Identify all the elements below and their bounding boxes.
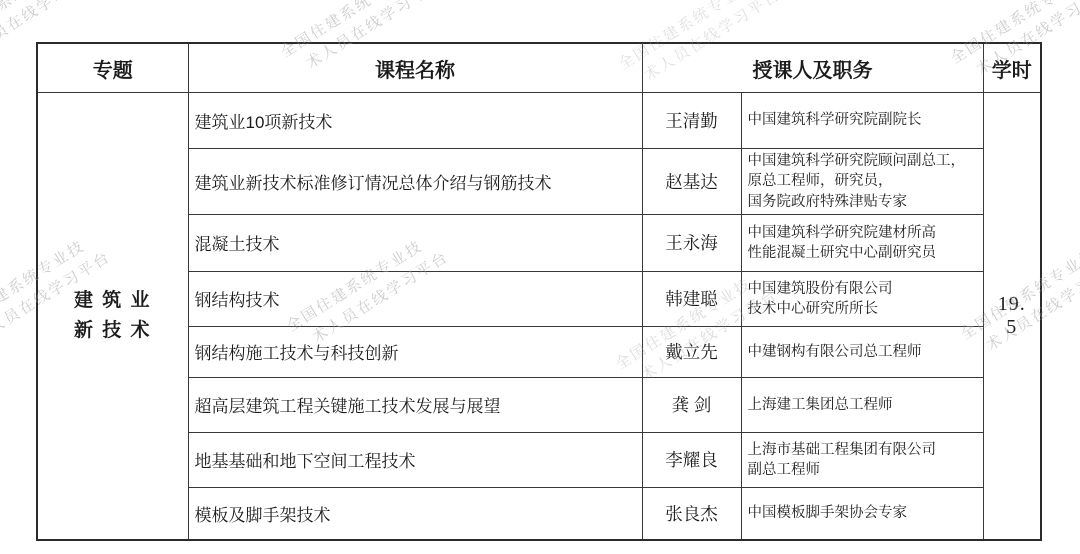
lecturer-name-cell: 王清勤 <box>642 93 741 149</box>
table-row: 建 筑 业 新 技 术 建筑业10项新技术 王清勤 中国建筑科学研究院副院长 1… <box>37 93 1041 149</box>
lecturer-title-cell: 中国建筑科学研究院副院长 <box>741 93 983 149</box>
header-lecturer: 授课人及职务 <box>642 43 983 93</box>
table-row: 地基基础和地下空间工程技术 李耀良 上海市基础工程集团有限公司 副总工程师 <box>37 432 1041 487</box>
lecturer-name-cell: 赵基达 <box>642 149 741 215</box>
topic-cell: 建 筑 业 新 技 术 <box>37 93 188 541</box>
course-cell: 地基基础和地下空间工程技术 <box>188 432 642 487</box>
lecturer-title-cell: 中国模板脚手架协会专家 <box>741 487 983 540</box>
course-cell: 混凝土技术 <box>188 214 642 271</box>
course-cell: 建筑业新技术标准修订情况总体介绍与钢筋技术 <box>188 149 642 215</box>
course-cell: 超高层建筑工程关键施工技术发展与展望 <box>188 377 642 432</box>
total-hours-cell: 19. 5 <box>983 93 1041 541</box>
lecturer-name-cell: 张良杰 <box>642 487 741 540</box>
course-cell: 钢结构技术 <box>188 271 642 326</box>
table-row: 混凝土技术 王永海 中国建筑科学研究院建材所高 性能混凝土研究中心副研究员 <box>37 214 1041 271</box>
lecturer-title-cell: 中国建筑科学研究院顾问副总工， 原总工程师，研究员， 国务院政府特殊津贴专家 <box>741 149 983 215</box>
course-schedule-table: 专题 课程名称 授课人及职务 学时 建 筑 业 新 技 术 建筑业10项新技术 … <box>36 42 1042 541</box>
lecturer-title-cell: 中建钢构有限公司总工程师 <box>741 326 983 377</box>
table-row: 模板及脚手架技术 张良杰 中国模板脚手架协会专家 <box>37 487 1041 540</box>
course-cell: 钢结构施工技术与科技创新 <box>188 326 642 377</box>
lecturer-title-cell: 上海市基础工程集团有限公司 副总工程师 <box>741 432 983 487</box>
header-row: 专题 课程名称 授课人及职务 学时 <box>37 43 1041 93</box>
lecturer-name-cell: 李耀良 <box>642 432 741 487</box>
lecturer-name-cell: 戴立先 <box>642 326 741 377</box>
lecturer-name-cell: 王永海 <box>642 214 741 271</box>
lecturer-title-cell: 中国建筑科学研究院建材所高 性能混凝土研究中心副研究员 <box>741 214 983 271</box>
header-hours: 学时 <box>983 43 1041 93</box>
course-cell: 模板及脚手架技术 <box>188 487 642 540</box>
header-topic: 专题 <box>37 43 188 93</box>
lecturer-title-cell: 中国建筑股份有限公司 技术中心研究所所长 <box>741 271 983 326</box>
table-row: 超高层建筑工程关键施工技术发展与展望 龚 剑 上海建工集团总工程师 <box>37 377 1041 432</box>
lecturer-name-cell: 龚 剑 <box>642 377 741 432</box>
header-course-name: 课程名称 <box>188 43 642 93</box>
table-row: 钢结构施工技术与科技创新 戴立先 中建钢构有限公司总工程师 <box>37 326 1041 377</box>
table-row: 建筑业新技术标准修订情况总体介绍与钢筋技术 赵基达 中国建筑科学研究院顾问副总工… <box>37 149 1041 215</box>
table-row: 钢结构技术 韩建聪 中国建筑股份有限公司 技术中心研究所所长 <box>37 271 1041 326</box>
lecturer-name-cell: 韩建聪 <box>642 271 741 326</box>
course-cell: 建筑业10项新技术 <box>188 93 642 149</box>
lecturer-title-cell: 上海建工集团总工程师 <box>741 377 983 432</box>
page: 全国住建系统专业技 术人员在线学习平台 全国住建系统专业技 术人员在线学习平台 … <box>0 0 1080 554</box>
